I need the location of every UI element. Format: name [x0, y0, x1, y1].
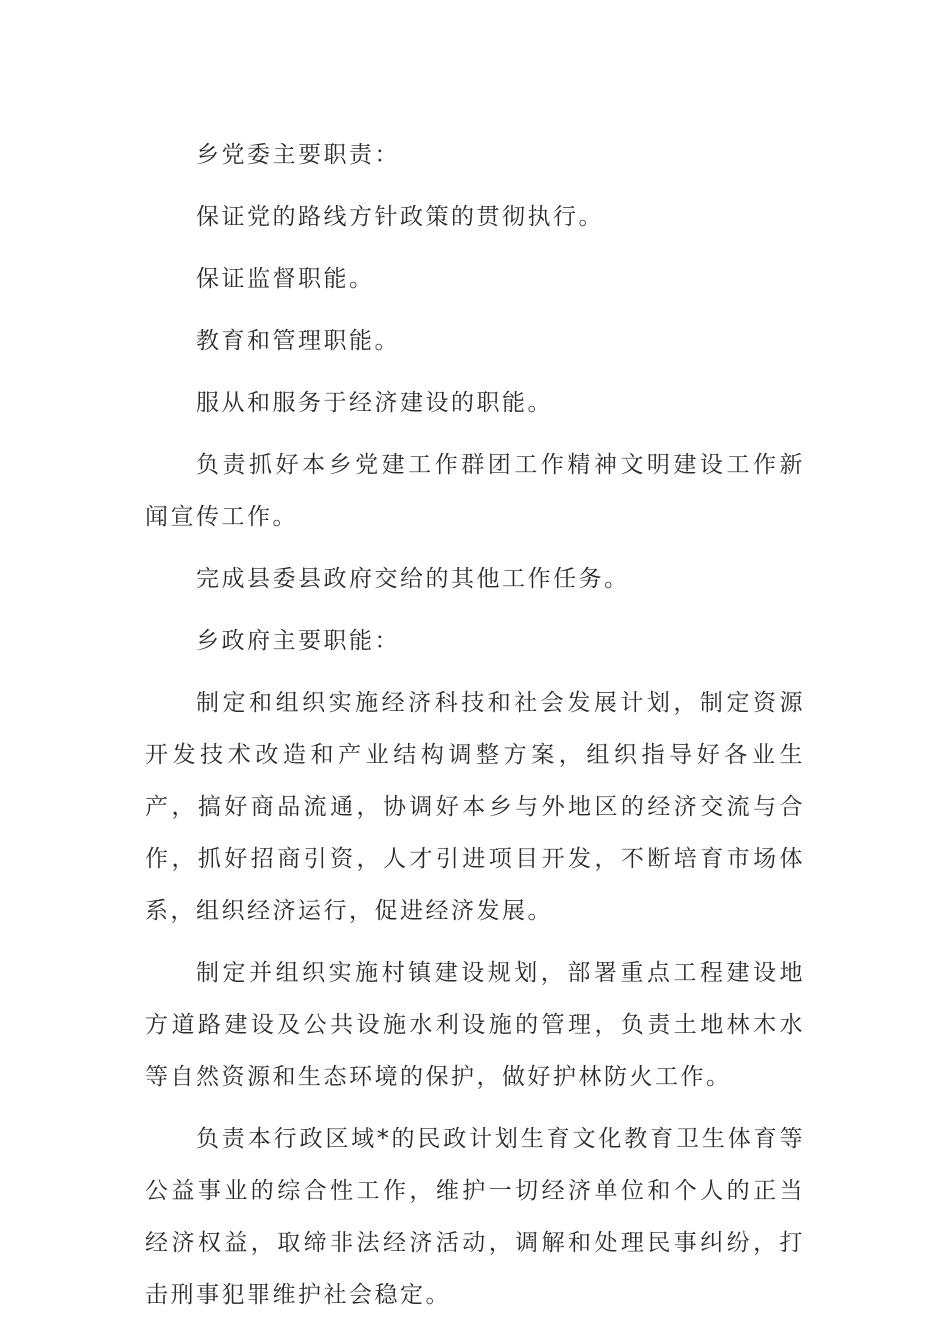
paragraph: 保证党的路线方针政策的贯彻执行。 — [145, 191, 805, 243]
paragraph: 制定并组织实施村镇建设规划，部署重点工程建设地方道路建设及公共设施水利设施的管理… — [145, 947, 805, 1103]
paragraph: 负责本行政区域*的民政计划生育文化教育卫生体育等公益事业的综合性工作，维护一切经… — [145, 1113, 805, 1321]
paragraph: 乡党委主要职责： — [145, 129, 805, 181]
paragraph: 保证监督职能。 — [145, 253, 805, 305]
document-body: 乡党委主要职责：保证党的路线方针政策的贯彻执行。保证监督职能。教育和管理职能。服… — [0, 0, 950, 1321]
paragraph: 制定和组织实施经济科技和社会发展计划，制定资源开发技术改造和产业结构调整方案，组… — [145, 677, 805, 937]
paragraph: 负责抓好本乡党建工作群团工作精神文明建设工作新闻宣传工作。 — [145, 439, 805, 543]
document-page: 乡党委主要职责：保证党的路线方针政策的贯彻执行。保证监督职能。教育和管理职能。服… — [0, 0, 950, 1344]
paragraph: 完成县委县政府交给的其他工作任务。 — [145, 553, 805, 605]
paragraph: 服从和服务于经济建设的职能。 — [145, 377, 805, 429]
paragraph: 乡政府主要职能： — [145, 615, 805, 667]
paragraph: 教育和管理职能。 — [145, 315, 805, 367]
